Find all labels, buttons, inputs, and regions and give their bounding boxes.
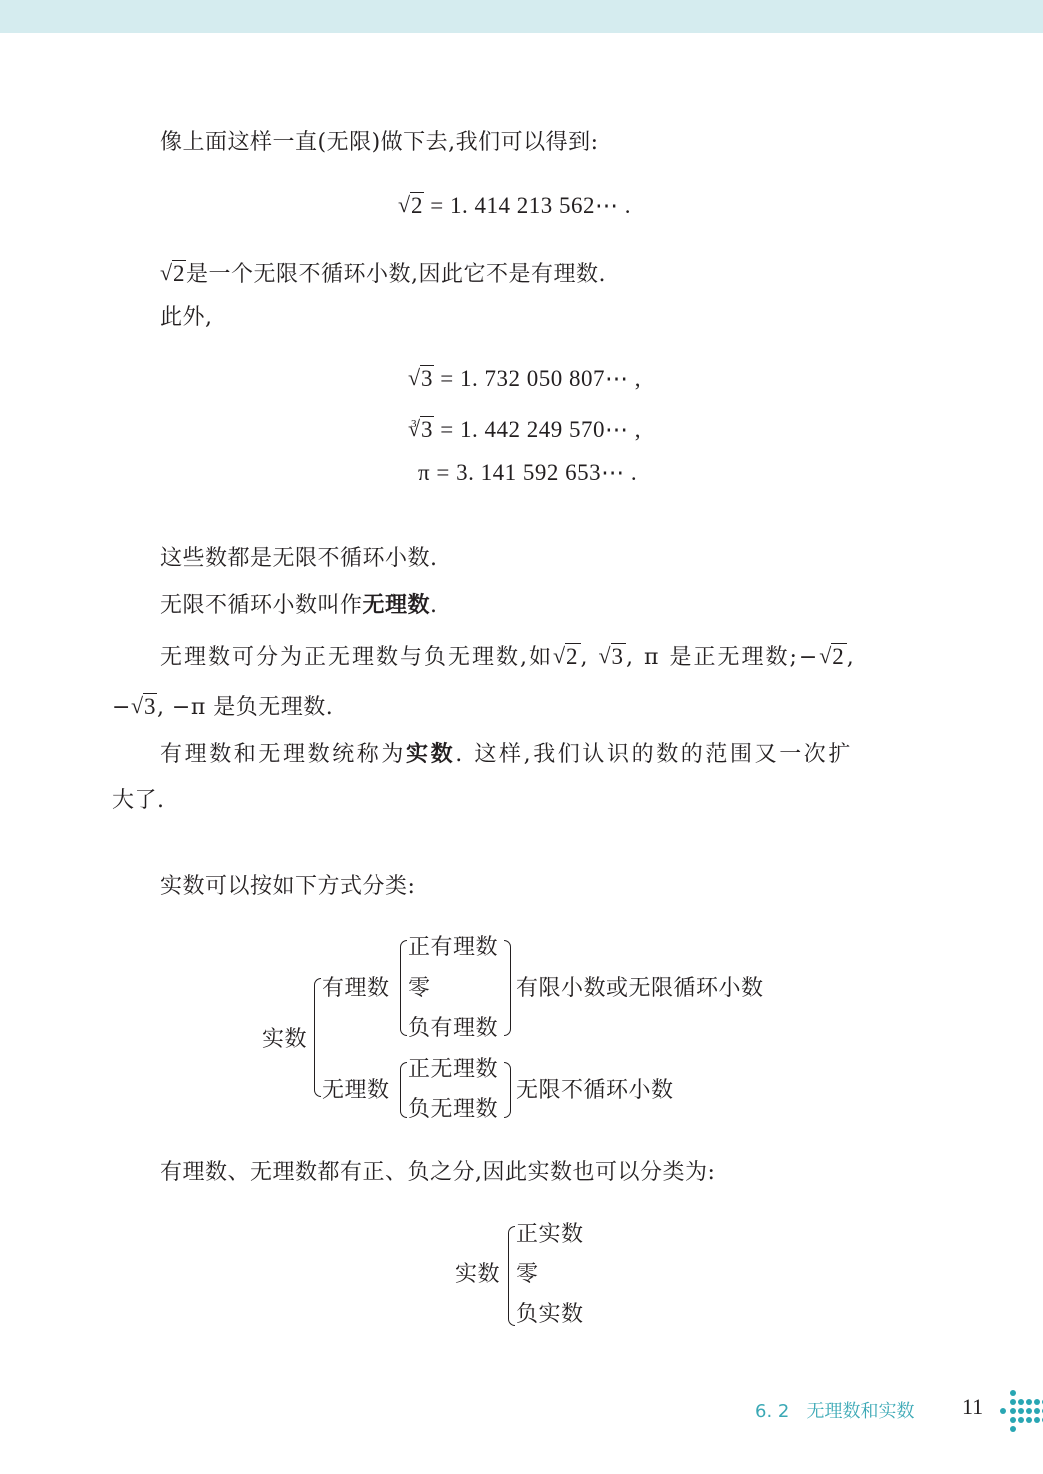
- term-irrational: 无理数: [363, 593, 431, 618]
- paragraph-infinite-nonrepeating: 这些数都是无限不循环小数.: [160, 544, 438, 574]
- paragraph-definition-irrational: 无限不循环小数叫作无理数.: [160, 591, 438, 621]
- paragraph-irrational-split: 无理数可分为正无理数与负无理数,如2, 3, π 是正无理数;−2,: [160, 642, 856, 673]
- left-brace: [400, 940, 407, 1036]
- paragraph-sqrt2-irrational: 2是一个无限不循环小数,因此它不是有理数.: [160, 259, 606, 290]
- node-positive-rational: 正有理数: [408, 933, 498, 963]
- paragraph-sign-classify: 有理数、无理数都有正、负之分,因此实数也可以分类为:: [160, 1158, 715, 1188]
- node-negative-real: 负实数: [516, 1300, 584, 1330]
- node-positive-real: 正实数: [516, 1220, 584, 1250]
- sqrt-symbol: 2: [160, 259, 186, 289]
- node-zero: 零: [516, 1260, 539, 1290]
- equation-pi: π = 3. 141 592 653⋯ .: [418, 458, 637, 488]
- node-negative-rational: 负有理数: [408, 1014, 498, 1044]
- equation-sqrt3: 3 = 1. 732 050 807⋯ ,: [408, 364, 641, 394]
- node-negative-irrational: 负无理数: [408, 1095, 498, 1125]
- equation-cbrt3: 33 = 1. 442 249 570⋯ ,: [408, 415, 641, 445]
- left-brace: [400, 1062, 407, 1118]
- right-brace: [504, 940, 511, 1036]
- node-rational: 有理数: [322, 974, 390, 1004]
- paragraph-negative-irrational: −3, −π 是负无理数.: [112, 692, 333, 723]
- paragraph-expanded: 大了.: [112, 786, 165, 816]
- paragraph-intro: 像上面这样一直(无限)做下去,我们可以得到:: [160, 128, 599, 158]
- paragraph-real-definition: 有理数和无理数统称为实数. 这样,我们认识的数的范围又一次扩: [160, 740, 853, 770]
- paragraph-classify-intro: 实数可以按如下方式分类:: [160, 872, 415, 902]
- left-brace: [314, 978, 321, 1097]
- node-real: 实数: [455, 1260, 500, 1290]
- right-brace: [504, 1062, 511, 1118]
- sqrt-symbol: 3: [408, 364, 434, 394]
- note-rational: 有限小数或无限循环小数: [516, 974, 764, 1004]
- node-irrational: 无理数: [322, 1076, 390, 1106]
- node-positive-irrational: 正无理数: [408, 1055, 498, 1085]
- paragraph-besides: 此外,: [160, 303, 213, 333]
- node-real: 实数: [262, 1025, 307, 1055]
- sqrt-symbol: 2: [398, 191, 424, 221]
- cube-root-symbol: 33: [408, 415, 434, 445]
- node-zero: 零: [408, 974, 431, 1004]
- header-band: [0, 0, 1043, 33]
- page-number: 11: [962, 1394, 983, 1420]
- term-real: 实数: [406, 742, 455, 767]
- footer-section: 6. 2 无理数和实数: [755, 1397, 915, 1423]
- equation-sqrt2: 2 = 1. 414 213 562⋯ .: [398, 191, 631, 221]
- left-brace: [508, 1226, 515, 1326]
- note-irrational: 无限不循环小数: [516, 1076, 674, 1106]
